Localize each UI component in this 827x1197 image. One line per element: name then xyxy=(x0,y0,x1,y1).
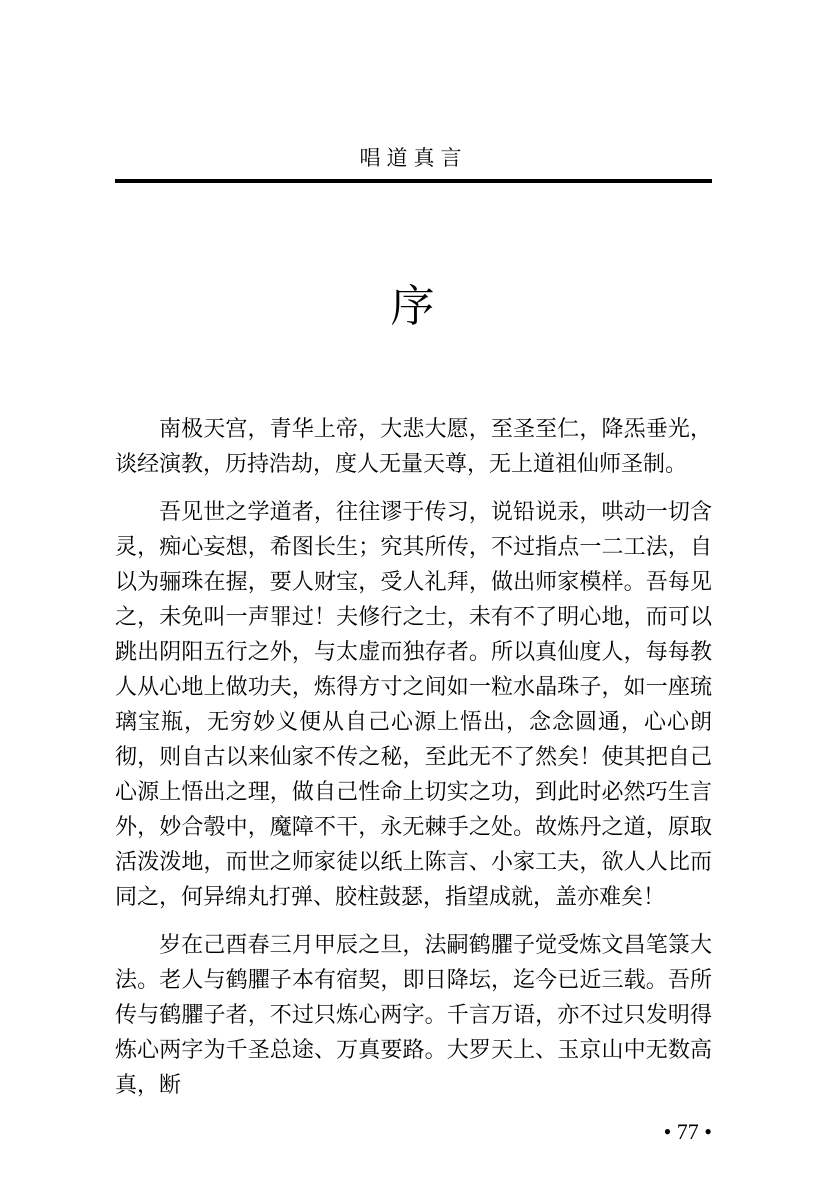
body-paragraph-1: 南极天宫，青华上帝，大悲大愿，至圣至仁，降炁垂光，谈经演教，历持浩劫，度人无量天… xyxy=(115,411,712,481)
body-paragraph-3: 岁在己酉春三月甲辰之旦，法嗣鹤臞子觉受炼文昌笔箓大法。老人与鹤臞子本有宿契，即日… xyxy=(115,927,712,1102)
section-title: 序 xyxy=(115,283,712,331)
body-paragraph-2: 吾见世之学道者，往往谬于传习，说铅说汞，哄动一切含灵，痴心妄想，希图长生；究其所… xyxy=(115,494,712,914)
body-text: 南极天宫，青华上帝，大悲大愿，至圣至仁，降炁垂光，谈经演教，历持浩劫，度人无量天… xyxy=(115,411,712,1102)
book-page: 唱道真言 序 南极天宫，青华上帝，大悲大愿，至圣至仁，降炁垂光，谈经演教，历持浩… xyxy=(0,0,827,1197)
running-header: 唱道真言 xyxy=(115,0,712,172)
page-content: 唱道真言 序 南极天宫，青华上帝，大悲大愿，至圣至仁，降炁垂光，谈经演教，历持浩… xyxy=(115,0,712,1145)
page-number: • 77 • xyxy=(115,1119,712,1145)
header-rule xyxy=(115,179,712,183)
